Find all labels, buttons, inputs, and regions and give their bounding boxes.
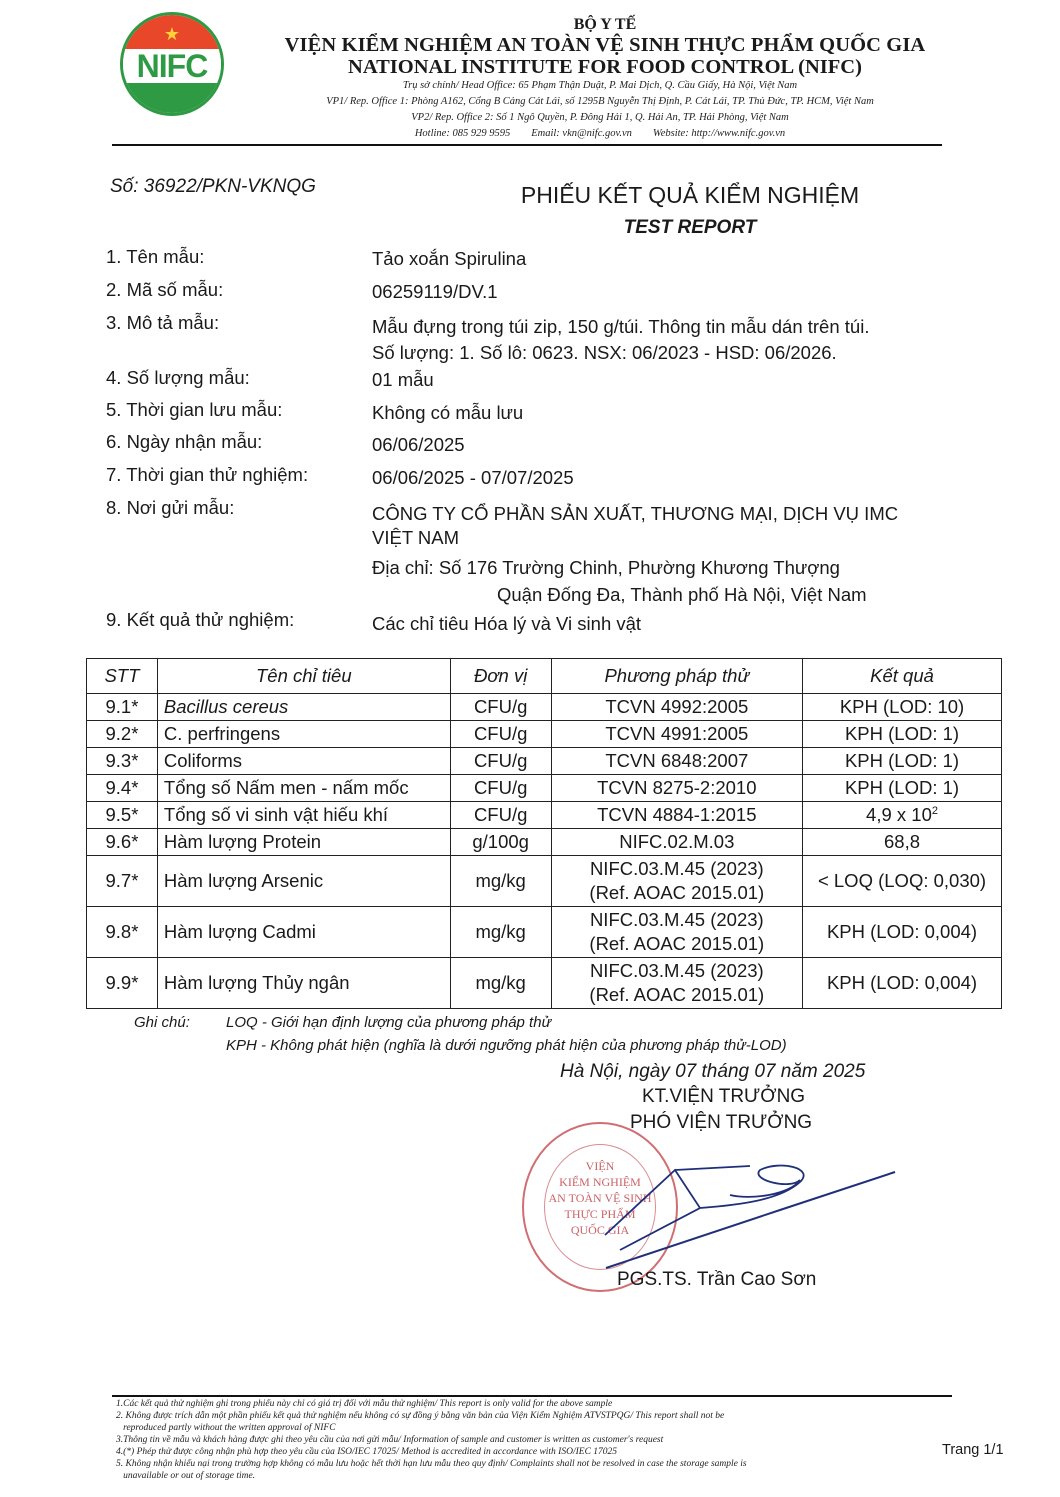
signer-role-2: PHÓ VIỆN TRƯỞNG	[630, 1112, 812, 1134]
cell-method: NIFC.02.M.03	[551, 829, 802, 856]
method-line: NIFC.03.M.45 (2023)	[558, 857, 796, 881]
cell-unit: mg/kg	[450, 856, 551, 907]
info-value: Không có mẫu lưu	[372, 402, 523, 424]
cell-method: TCVN 4884-1:2015	[551, 802, 802, 829]
cell-result: KPH (LOD: 10)	[803, 694, 1002, 721]
cell-unit: mg/kg	[450, 958, 551, 1009]
cell-unit: g/100g	[450, 829, 551, 856]
rep-office-2-address: VP2/ Rep. Office 2: Số 1 Ngô Quyền, P. Đ…	[230, 112, 970, 123]
info-label: 2. Mã số mẫu:	[106, 279, 223, 301]
table-row: 9.9* Hàm lượng Thủy ngân mg/kg NIFC.03.M…	[87, 958, 1002, 1009]
footer-note: unavailable or out of storage time.	[116, 1471, 255, 1481]
institute-name-vn: VIỆN KIỂM NGHIỆM AN TOÀN VỆ SINH THỰC PH…	[250, 34, 960, 57]
cell-name: Tổng số Nấm men - nấm mốc	[157, 775, 450, 802]
info-value: 06/06/2025	[372, 434, 465, 456]
info-value: Tảo xoắn Spirulina	[372, 248, 526, 270]
cell-stt: 9.6*	[87, 829, 158, 856]
cell-unit: mg/kg	[450, 907, 551, 958]
cell-result: 4,9 x 102	[803, 802, 1002, 829]
header-divider	[112, 144, 942, 146]
page-subtitle: TEST REPORT	[490, 217, 890, 239]
cell-result: KPH (LOD: 0,004)	[803, 958, 1002, 1009]
cell-stt: 9.1*	[87, 694, 158, 721]
cell-name: Hàm lượng Arsenic	[157, 856, 450, 907]
info-label: 7. Thời gian thử nghiệm:	[106, 464, 308, 486]
page-number: Trang 1/1	[942, 1442, 1004, 1458]
info-label: 8. Nơi gửi mẫu:	[106, 497, 234, 519]
page-title: PHIẾU KẾT QUẢ KIỂM NGHIỆM	[490, 182, 890, 209]
info-value: Số lượng: 1. Số lô: 0623. NSX: 06/2023 -…	[372, 342, 837, 364]
document-number: Số: 36922/PKN-VKNQG	[110, 176, 316, 198]
method-line: (Ref. AOAC 2015.01)	[558, 881, 796, 905]
cell-method: NIFC.03.M.45 (2023)(Ref. AOAC 2015.01)	[551, 958, 802, 1009]
signer-name: PGS.TS. Trần Cao Sơn	[617, 1269, 816, 1291]
info-value: Các chỉ tiêu Hóa lý và Vi sinh vật	[372, 613, 641, 635]
info-value: 06259119/DV.1	[372, 281, 498, 303]
col-header-name: Tên chỉ tiêu	[157, 659, 450, 694]
cell-stt: 9.2*	[87, 721, 158, 748]
cell-unit: CFU/g	[450, 694, 551, 721]
cell-name: Hàm lượng Protein	[157, 829, 450, 856]
info-value: CÔNG TY CỔ PHẦN SẢN XUẤT, THƯƠNG MẠI, DỊ…	[372, 503, 898, 525]
rep-office-1-address: VP1/ Rep. Office 1: Phòng A162, Cổng B C…	[230, 96, 970, 107]
table-row: 9.4* Tổng số Nấm men - nấm mốc CFU/g TCV…	[87, 775, 1002, 802]
table-header-row: STT Tên chỉ tiêu Đơn vị Phương pháp thử …	[87, 659, 1002, 694]
star-icon: ★	[123, 25, 221, 43]
footer-divider	[112, 1395, 952, 1397]
institute-name-en: NATIONAL INSTITUTE FOR FOOD CONTROL (NIF…	[250, 56, 960, 79]
results-table: STT Tên chỉ tiêu Đơn vị Phương pháp thử …	[86, 658, 1002, 1009]
col-header-unit: Đơn vị	[450, 659, 551, 694]
note-kph: KPH - Không phát hiện (nghĩa là dưới ngư…	[226, 1037, 787, 1054]
table-row: 9.5* Tổng số vi sinh vật hiếu khí CFU/g …	[87, 802, 1002, 829]
info-value: Địa chỉ: Số 176 Trường Chinh, Phường Khư…	[372, 557, 840, 579]
cell-result: KPH (LOD: 1)	[803, 748, 1002, 775]
result-mantissa: 4,9 x 10	[866, 804, 932, 825]
info-value: 01 mẫu	[372, 369, 434, 391]
cell-unit: CFU/g	[450, 721, 551, 748]
footer-note: 4.(*) Phép thử được công nhận phù hợp th…	[116, 1447, 617, 1457]
cell-result: KPH (LOD: 1)	[803, 775, 1002, 802]
method-line: NIFC.03.M.45 (2023)	[558, 959, 796, 983]
cell-result: KPH (LOD: 0,004)	[803, 907, 1002, 958]
cell-stt: 9.5*	[87, 802, 158, 829]
cell-name: Hàm lượng Thủy ngân	[157, 958, 450, 1009]
cell-method: TCVN 4991:2005	[551, 721, 802, 748]
method-line: (Ref. AOAC 2015.01)	[558, 983, 796, 1007]
cell-unit: CFU/g	[450, 748, 551, 775]
cell-method: NIFC.03.M.45 (2023)(Ref. AOAC 2015.01)	[551, 907, 802, 958]
notes-label: Ghi chú:	[134, 1014, 190, 1031]
logo-text: NIFC	[123, 49, 221, 83]
place-date: Hà Nội, ngày 07 tháng 07 năm 2025	[560, 1061, 865, 1083]
cell-stt: 9.3*	[87, 748, 158, 775]
footer-note: 3.Thông tin về mẫu và khách hàng được gh…	[116, 1435, 663, 1445]
info-value: Quận Đống Đa, Thành phố Hà Nội, Việt Nam	[497, 584, 867, 606]
contact-line: Hotline: 085 929 9595 Email: vkn@nifc.go…	[230, 128, 970, 139]
cell-name: C. perfringens	[157, 721, 450, 748]
cell-stt: 9.4*	[87, 775, 158, 802]
cell-result: KPH (LOD: 1)	[803, 721, 1002, 748]
info-value: Mẫu đựng trong túi zip, 150 g/túi. Thông…	[372, 316, 869, 338]
footer-note: 1.Các kết quả thử nghiệm ghi trong phiếu…	[116, 1399, 612, 1409]
cell-method: TCVN 8275-2:2010	[551, 775, 802, 802]
col-header-stt: STT	[87, 659, 158, 694]
info-label: 1. Tên mẫu:	[106, 246, 204, 268]
info-value: 06/06/2025 - 07/07/2025	[372, 467, 574, 489]
head-office-address: Trụ sở chính/ Head Office: 65 Phạm Thận …	[230, 80, 970, 91]
table-row: 9.6* Hàm lượng Protein g/100g NIFC.02.M.…	[87, 829, 1002, 856]
info-value: VIỆT NAM	[372, 527, 459, 549]
col-header-result: Kết quả	[803, 659, 1002, 694]
note-loq: LOQ - Giới hạn định lượng của phương phá…	[226, 1014, 551, 1031]
info-label: 5. Thời gian lưu mẫu:	[106, 399, 282, 421]
cell-stt: 9.7*	[87, 856, 158, 907]
info-label: 4. Số lượng mẫu:	[106, 367, 250, 389]
ministry-name: BỘ Y TẾ	[250, 16, 960, 34]
cell-stt: 9.9*	[87, 958, 158, 1009]
info-label: 9. Kết quả thử nghiệm:	[106, 609, 294, 631]
col-header-method: Phương pháp thử	[551, 659, 802, 694]
cell-method: TCVN 4992:2005	[551, 694, 802, 721]
signer-role-1: KT.VIỆN TRƯỞNG	[642, 1086, 805, 1108]
table-row: 9.7* Hàm lượng Arsenic mg/kg NIFC.03.M.4…	[87, 856, 1002, 907]
cell-result: 68,8	[803, 829, 1002, 856]
method-line: NIFC.03.M.45 (2023)	[558, 908, 796, 932]
cell-name: Tổng số vi sinh vật hiếu khí	[157, 802, 450, 829]
cell-name: Bacillus cereus	[157, 694, 450, 721]
cell-name: Hàm lượng Cadmi	[157, 907, 450, 958]
cell-unit: CFU/g	[450, 775, 551, 802]
cell-unit: CFU/g	[450, 802, 551, 829]
table-row: 9.1* Bacillus cereus CFU/g TCVN 4992:200…	[87, 694, 1002, 721]
cell-result: < LOQ (LOQ: 0,030)	[803, 856, 1002, 907]
cell-method: TCVN 6848:2007	[551, 748, 802, 775]
cell-method: NIFC.03.M.45 (2023)(Ref. AOAC 2015.01)	[551, 856, 802, 907]
table-row: 9.3* Coliforms CFU/g TCVN 6848:2007 KPH …	[87, 748, 1002, 775]
footer-note: reproduced partly without the written ap…	[116, 1423, 336, 1433]
footer-note: 5. Không nhận khiếu nại trong trường hợp…	[116, 1459, 747, 1469]
table-row: 9.8* Hàm lượng Cadmi mg/kg NIFC.03.M.45 …	[87, 907, 1002, 958]
info-label: 3. Mô tả mẫu:	[106, 312, 219, 334]
footer-note: 2. Không được trích dẫn một phần phiếu k…	[116, 1411, 724, 1421]
cell-stt: 9.8*	[87, 907, 158, 958]
nifc-logo: ★ NIFC	[120, 12, 224, 116]
info-label: 6. Ngày nhận mẫu:	[106, 431, 262, 453]
cell-name: Coliforms	[157, 748, 450, 775]
table-row: 9.2* C. perfringens CFU/g TCVN 4991:2005…	[87, 721, 1002, 748]
result-exponent: 2	[932, 805, 938, 817]
method-line: (Ref. AOAC 2015.01)	[558, 932, 796, 956]
handwritten-signature	[600, 1150, 900, 1280]
